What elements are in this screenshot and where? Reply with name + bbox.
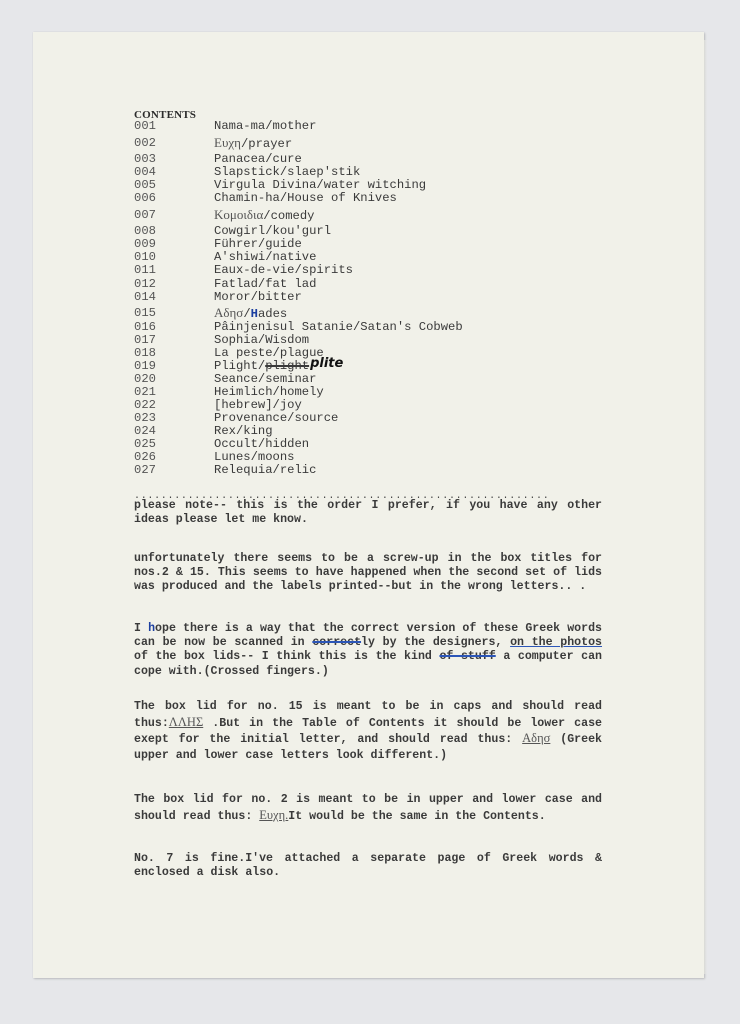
toc-number: 022 xyxy=(134,398,156,412)
greek-lower-word: Αδησ xyxy=(522,731,550,745)
text: It would be the same in the Contents. xyxy=(288,810,545,823)
toc-number: 010 xyxy=(134,250,156,264)
paper-sheet: CONTENTS 001Nama-ma/mother002Ευχη/prayer… xyxy=(33,32,704,978)
toc-title: Fatlad/fat lad xyxy=(214,277,316,291)
text: of the box lids-- I think this is the ki… xyxy=(134,650,439,663)
struck-phrase: of stuff xyxy=(439,650,495,663)
toc-number: 017 xyxy=(134,333,156,347)
paragraph-box-lid-2: The box lid for no. 2 is meant to be in … xyxy=(134,792,602,824)
toc-number: 011 xyxy=(134,263,156,277)
text: A'shiwi/native xyxy=(214,250,316,264)
underlined-phrase: on the photos xyxy=(510,636,602,649)
text: Eaux-de-vie/spirits xyxy=(214,263,353,277)
toc-title: Αδησ/Hades xyxy=(214,306,287,321)
toc-number: 027 xyxy=(134,463,156,477)
toc-number: 018 xyxy=(134,346,156,360)
text: Slapstick/slaep'stik xyxy=(214,165,360,179)
toc-title: Cowgirl/kou'gurl xyxy=(214,224,331,238)
text: Cowgirl/kou'gurl xyxy=(214,224,331,238)
toc-number: 001 xyxy=(134,119,156,133)
toc-title: Heimlich/homely xyxy=(214,385,324,399)
paragraph-box-lid-15: The box lid for no. 15 is meant to be in… xyxy=(134,699,602,763)
paragraph-screw-up: unfortunately there seems to be a screw-… xyxy=(134,552,602,595)
toc-title: Führer/guide xyxy=(214,237,302,251)
greek-word: Ευχη xyxy=(214,135,241,150)
toc-number: 016 xyxy=(134,320,156,334)
toc-title: Occult/hidden xyxy=(214,437,309,451)
toc-number: 004 xyxy=(134,165,156,179)
text: Provenance/source xyxy=(214,411,338,425)
toc-number: 008 xyxy=(134,224,156,238)
text: Rex/king xyxy=(214,424,273,438)
paragraph-scan-request: I hope there is a way that the correct v… xyxy=(134,622,602,679)
greek-word: Ευχη. xyxy=(259,808,288,822)
toc-title: Pâinjenisul Satanie/Satan's Cobweb xyxy=(214,320,463,334)
toc-title: Relequia/relic xyxy=(214,463,316,477)
toc-title: Plight/plightplite xyxy=(214,359,343,373)
toc-title: Κομοιδια/comedy xyxy=(214,208,315,223)
text: Lunes/moons xyxy=(214,450,294,464)
toc-number: 019 xyxy=(134,359,156,373)
text: ly by the designers, xyxy=(361,636,510,649)
greek-word: Κομοιδια xyxy=(214,207,263,222)
text: Virgula Divina/water witching xyxy=(214,178,426,192)
toc-title: Moror/bitter xyxy=(214,290,302,304)
toc-title: Panacea/cure xyxy=(214,152,302,166)
toc-title: Nama-ma/mother xyxy=(214,119,316,133)
toc-title: A'shiwi/native xyxy=(214,250,316,264)
text: Sophia/Wisdom xyxy=(214,333,309,347)
toc-title: Virgula Divina/water witching xyxy=(214,178,426,192)
toc-title: Chamin-ha/House of Knives xyxy=(214,191,397,205)
toc-number: 003 xyxy=(134,152,156,166)
greek-caps-word: ΛΛΗΣ xyxy=(169,715,203,729)
toc-number: 014 xyxy=(134,290,156,304)
toc-number: 025 xyxy=(134,437,156,451)
toc-number: 007 xyxy=(134,208,156,222)
toc-title: [hebrew]/joy xyxy=(214,398,302,412)
text: Pâinjenisul Satanie/Satan's Cobweb xyxy=(214,320,463,334)
text: Fatlad/fat lad xyxy=(214,277,316,291)
text: Relequia/relic xyxy=(214,463,316,477)
toc-number: 005 xyxy=(134,178,156,192)
paragraph-closing: No. 7 is fine.I've attached a separate p… xyxy=(134,852,602,880)
text: I xyxy=(134,622,148,635)
toc-number: 020 xyxy=(134,372,156,386)
toc-title: Ευχη/prayer xyxy=(214,136,292,151)
struck-word: plight xyxy=(265,359,309,373)
toc-number: 026 xyxy=(134,450,156,464)
text: /prayer xyxy=(241,137,292,151)
pen-correction: h xyxy=(148,622,155,635)
text: Heimlich/homely xyxy=(214,385,324,399)
handwritten-correction: plite xyxy=(310,356,343,371)
text: Chamin-ha/House of Knives xyxy=(214,191,397,205)
toc-title: Eaux-de-vie/spirits xyxy=(214,263,353,277)
toc-title: Sophia/Wisdom xyxy=(214,333,309,347)
text: Seance/seminar xyxy=(214,372,316,386)
toc-number: 015 xyxy=(134,306,156,320)
note-paragraph: please note-- this is the order I prefer… xyxy=(134,499,602,527)
toc-title: Lunes/moons xyxy=(214,450,294,464)
toc-number: 021 xyxy=(134,385,156,399)
text: [hebrew]/joy xyxy=(214,398,302,412)
struck-word: correct xyxy=(312,636,361,649)
text: Panacea/cure xyxy=(214,152,302,166)
greek-word: Αδησ xyxy=(214,305,243,320)
text: Nama-ma/mother xyxy=(214,119,316,133)
toc-title: La peste/plague xyxy=(214,346,324,360)
text: Führer/guide xyxy=(214,237,302,251)
toc-number: 023 xyxy=(134,411,156,425)
toc-number: 012 xyxy=(134,277,156,291)
toc-number: 006 xyxy=(134,191,156,205)
pen-correction: H xyxy=(251,307,258,321)
toc-title: Provenance/source xyxy=(214,411,338,425)
toc-title: Slapstick/slaep'stik xyxy=(214,165,360,179)
text: /comedy xyxy=(263,209,314,223)
text: Occult/hidden xyxy=(214,437,309,451)
toc-number: 009 xyxy=(134,237,156,251)
toc-title: Rex/king xyxy=(214,424,273,438)
text: ades xyxy=(258,307,287,321)
text: La peste/plague xyxy=(214,346,324,360)
text: Plight/ xyxy=(214,359,265,373)
text: / xyxy=(243,307,250,321)
text: Moror/bitter xyxy=(214,290,302,304)
toc-title: Seance/seminar xyxy=(214,372,316,386)
toc-number: 002 xyxy=(134,136,156,150)
toc-number: 024 xyxy=(134,424,156,438)
